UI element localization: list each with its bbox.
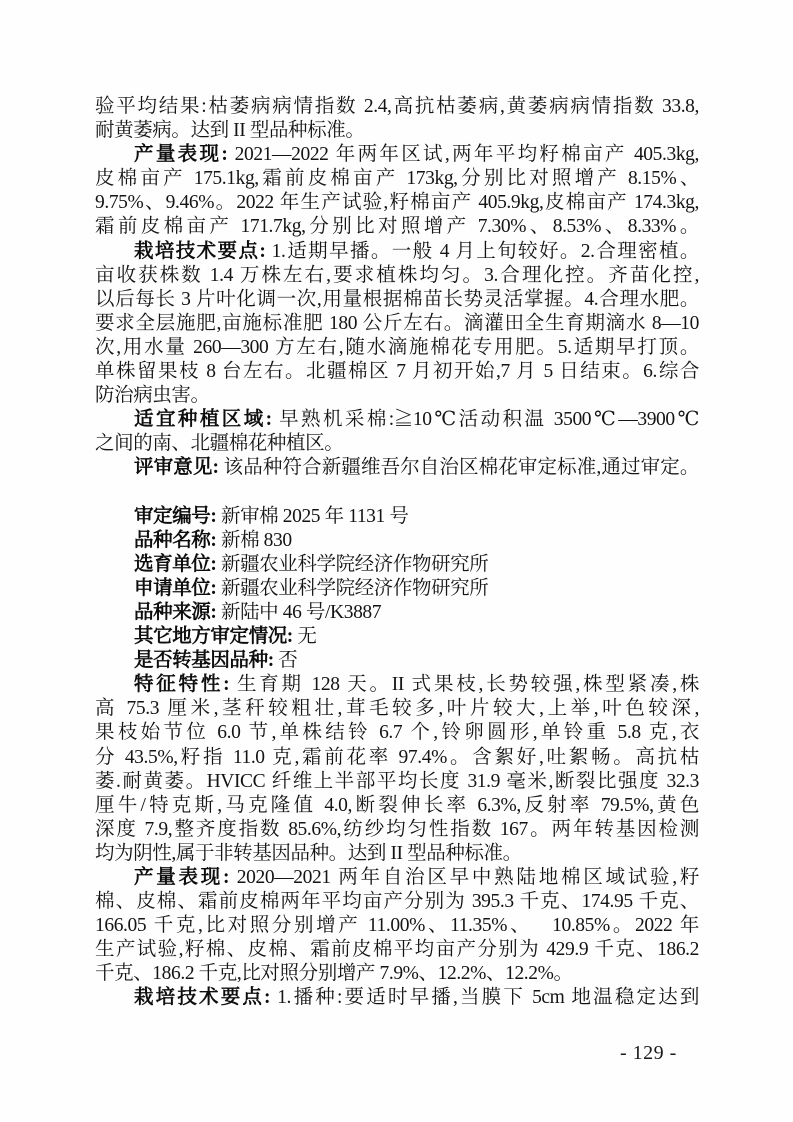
field-label: 审定编号: [134,506,217,527]
text-line: 9.75%、9.46%。2022 年生产试验,籽棉亩产 405.9kg,皮棉亩产… [95,191,699,215]
text-line: 产量表现: 2020—2021 两年自治区早中熟陆地棉区域试验,籽 [95,866,699,890]
text-line: 皮棉亩产 175.1kg,霜前皮棉亩产 173kg,分别比对照增产 8.15%、 [95,167,699,191]
text-line: 审定编号: 新审棉 2025 年 1131 号 [95,505,699,529]
field-label: 选育单位: [134,554,217,575]
text-line: 以后每长 3 片叶化调一次,用量根据棉苗长势灵活掌握。4.合理水肥。 [95,288,699,312]
text-line: 次,用水量 260—300 方左右,随水滴施棉花专用肥。5.适期早打顶。 [95,336,699,360]
text-line: 均为阴性,属于非转基因品种。达到 II 型品种标准。 [95,842,699,866]
field-label: 申请单位: [134,578,217,599]
text-line: 棉、皮棉、霜前皮棉两年平均亩产分别为 395.3 千克、174.95 千克、 [95,890,699,914]
text-line: 栽培技术要点: 1.播种:要适时早播,当膜下 5cm 地温稳定达到 [95,986,699,1010]
text-line: 深度 7.9,整齐度指数 85.6%,纺纱均匀性指数 167。两年转基因检测 [95,818,699,842]
page-number: - 129 - [620,1042,677,1064]
text-line: 果枝始节位 6.0 节,单株结铃 6.7 个,铃卵圆形,单铃重 5.8 克,衣 [95,721,699,745]
text-line: 萎.耐黄萎。HVICC 纤维上半部平均长度 31.9 毫米,断裂比强度 32.3 [95,770,699,794]
text-line: 品种名称: 新棉 830 [95,529,699,553]
text-line: 高 75.3 厘米,茎秆较粗壮,茸毛较多,叶片较大,上举,叶色较深, [95,697,699,721]
text-line: 其它地方审定情况: 无 [95,625,699,649]
text-line: 166.05 千克,比对照分别增产 11.00%、11.35%、 10.85%。… [95,914,699,938]
document-text-block: 验平均结果:枯萎病病情指数 2.4,高抗枯萎病,黄萎病病情指数 33.8,耐黄萎… [95,95,699,1011]
document-page: 验平均结果:枯萎病病情指数 2.4,高抗枯萎病,黄萎病病情指数 33.8,耐黄萎… [0,0,793,1122]
text-line: 选育单位: 新疆农业科学院经济作物研究所 [95,553,699,577]
field-label: 适宜种植区域: [134,409,272,430]
text-line: 验平均结果:枯萎病病情指数 2.4,高抗枯萎病,黄萎病病情指数 33.8, [95,95,699,119]
field-label: 是否转基因品种: [134,650,274,671]
text-line: 申请单位: 新疆农业科学院经济作物研究所 [95,577,699,601]
text-line: 评审意见: 该品种符合新疆维吾尔自治区棉花审定标准,通过审定。 [95,456,699,480]
field-label: 评审意见: [134,457,219,478]
text-line: 产量表现: 2021—2022 年两年区试,两年平均籽棉亩产 405.3kg, [95,143,699,167]
text-line: 亩收获株数 1.4 万株左右,要求植株均匀。3.合理化控。齐苗化控, [95,264,699,288]
text-line: 千克、186.2 千克,比对照分别增产 7.9%、12.2%、12.2%。 [95,962,699,986]
text-line: 厘牛/特克斯,马克隆值 4.0,断裂伸长率 6.3%,反射率 79.5%,黄色 [95,794,699,818]
text-line: 生产试验,籽棉、皮棉、霜前皮棉平均亩产分别为 429.9 千克、186.2 [95,938,699,962]
field-label: 产量表现: [134,144,227,165]
field-label: 产量表现: [134,867,229,888]
field-label: 其它地方审定情况: [134,626,293,647]
text-line: 霜前皮棉亩产 171.7kg,分别比对照增产 7.30%、8.53%、8.33%… [95,215,699,239]
field-label: 品种名称: [134,530,217,551]
text-line: 防治病虫害。 [95,384,699,408]
text-line: 耐黄萎病。达到 II 型品种标准。 [95,119,699,143]
text-line: 特征特性: 生育期 128 天。II 式果枝,长势较强,株型紧凑,株 [95,673,699,697]
text-line: 是否转基因品种: 否 [95,649,699,673]
field-label: 特征特性: [134,674,229,695]
text-line: 栽培技术要点: 1.适期早播。一般 4 月上旬较好。2.合理密植。 [95,240,699,264]
field-label: 品种来源: [134,602,217,623]
text-line: 品种来源: 新陆中 46 号/K3887 [95,601,699,625]
text-line: 单株留果枝 8 台左右。北疆棉区 7 月初开始,7 月 5 日结束。6.综合 [95,360,699,384]
text-line: 适宜种植区域: 早熟机采棉:≧10℃活动积温 3500℃—3900℃ [95,408,699,432]
text-line: 分 43.5%,籽指 11.0 克,霜前花率 97.4%。含絮好,吐絮畅。高抗枯 [95,746,699,770]
field-label: 栽培技术要点: [134,241,265,262]
field-label: 栽培技术要点: [134,987,270,1008]
text-line: 要求全层施肥,亩施标准肥 180 公斤左右。滴灌田全生育期滴水 8—10 [95,312,699,336]
text-line: 之间的南、北疆棉花种植区。 [95,432,699,456]
blank-line [95,481,699,505]
